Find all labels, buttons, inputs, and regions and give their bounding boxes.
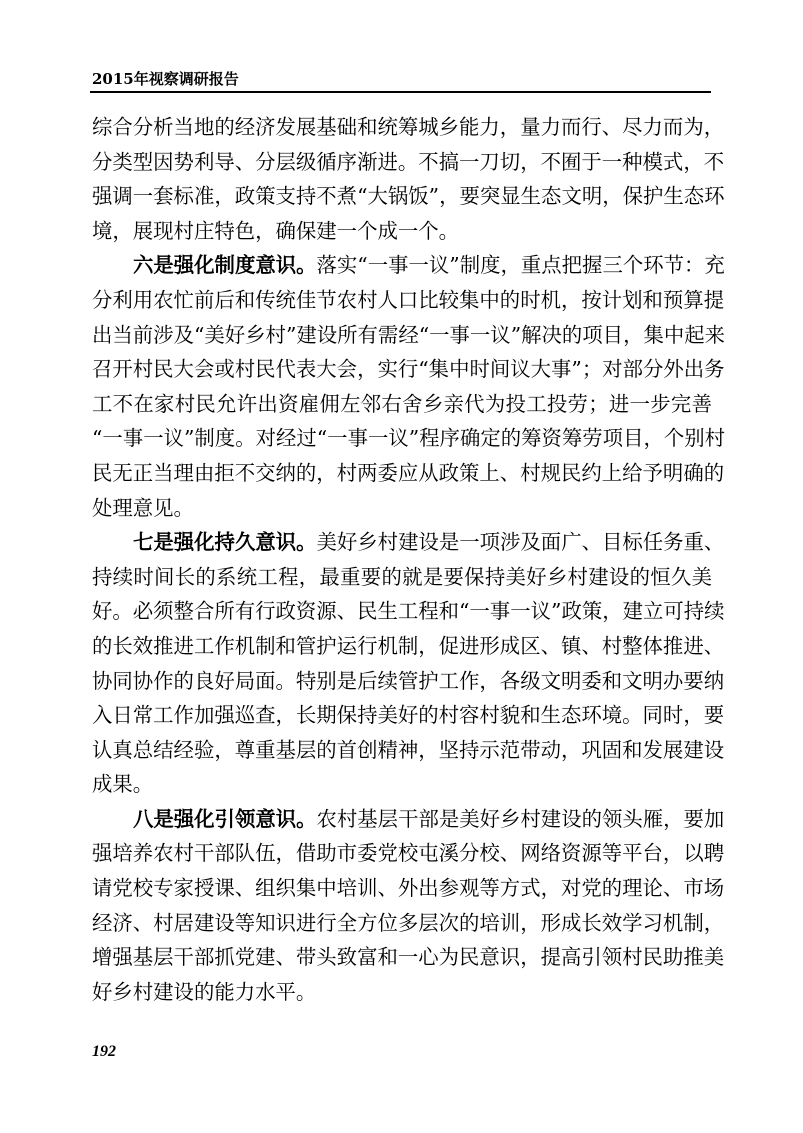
paragraph-institutional-awareness: 六是强化制度意识。落实“一事一议”制度，重点把握三个环节：充 分利用农忙前后和传… — [92, 248, 712, 525]
page-number: 192 — [92, 1043, 116, 1061]
text-line: 六是强化制度意识。落实“一事一议”制度，重点把握三个环节：充 — [92, 248, 712, 283]
paragraph-leadership-awareness: 八是强化引领意识。农村基层干部是美好乡村建设的领头雁，要加 强培养农村干部队伍，… — [92, 802, 712, 1010]
text-line: 分利用农忙前后和传统佳节农村人口比较集中的时机，按计划和预算提 — [92, 283, 712, 318]
text-line: 出当前涉及“美好乡村”建设所有需经“一事一议”解决的项目，集中起来 — [92, 318, 712, 353]
text-line: 好。必须整合所有行政资源、民生工程和“一事一议”政策，建立可持续 — [92, 594, 712, 629]
text-line: 请党校专家授课、组织集中培训、外出参观等方式，对党的理论、市场 — [92, 871, 712, 906]
text-line: 协同协作的良好局面。特别是后续管护工作，各级文明委和文明办要纳 — [92, 664, 712, 699]
text-line: 八是强化引领意识。农村基层干部是美好乡村建设的领头雁，要加 — [92, 802, 712, 837]
text-line: 境，展现村庄特色，确保建一个成一个。 — [92, 214, 712, 249]
paragraph-continuation: 综合分析当地的经济发展基础和统筹城乡能力，量力而行、尽力而为， 分类型因势利导、… — [92, 110, 712, 248]
document-page: 2015年视察调研报告 综合分析当地的经济发展基础和统筹城乡能力，量力而行、尽力… — [0, 0, 803, 1133]
text-line: 处理意见。 — [92, 491, 712, 526]
text-line: 强培养农村干部队伍，借助市委党校屯溪分校、网络资源等平台，以聘 — [92, 836, 712, 871]
paragraph-lead-heading: 六是强化制度意识。 — [133, 253, 317, 277]
text-line: 分类型因势利导、分层级循序渐进。不搞一刀切，不囿于一种模式，不 — [92, 145, 712, 180]
text-line: 持续时间长的系统工程，最重要的就是要保持美好乡村建设的恒久美 — [92, 560, 712, 595]
text-line: 经济、村居建设等知识进行全方位多层次的培训，形成长效学习机制， — [92, 906, 712, 941]
running-header: 2015年视察调研报告 — [92, 70, 239, 88]
text-line: 认真总结经验，尊重基层的首创精神，坚持示范带动，巩固和发展建设 — [92, 733, 712, 768]
body-text: 综合分析当地的经济发展基础和统筹城乡能力，量力而行、尽力而为， 分类型因势利导、… — [92, 110, 712, 1009]
text-line: 民无正当理由拒不交纳的，村两委应从政策上、村规民约上给予明确的 — [92, 456, 712, 491]
text-span: 农村基层干部是美好乡村建设的领头雁，要加 — [317, 807, 725, 831]
header-rule — [90, 91, 711, 93]
text-line: 增强基层干部抓党建、带头致富和一心为民意识，提高引领村民助推美 — [92, 940, 712, 975]
text-line: 强调一套标准，政策支持不煮“大锅饭”，要突显生态文明，保护生态环 — [92, 179, 712, 214]
text-span: 落实“一事一议”制度，重点把握三个环节：充 — [317, 253, 725, 277]
text-line: “一事一议”制度。对经过“一事一议”程序确定的筹资筹劳项目，个别村 — [92, 421, 712, 456]
text-line: 的长效推进工作机制和管护运行机制，促进形成区、镇、村整体推进、 — [92, 629, 712, 664]
text-line: 成果。 — [92, 767, 712, 802]
text-line: 召开村民大会或村民代表大会，实行“集中时间议大事”；对部分外出务 — [92, 352, 712, 387]
text-line: 综合分析当地的经济发展基础和统筹城乡能力，量力而行、尽力而为， — [92, 110, 712, 145]
paragraph-lead-heading: 八是强化引领意识。 — [133, 807, 317, 831]
paragraph-lead-heading: 七是强化持久意识。 — [133, 530, 317, 554]
text-line: 工不在家村民允许出资雇佣左邻右舍乡亲代为投工投劳；进一步完善 — [92, 387, 712, 422]
text-line: 好乡村建设的能力水平。 — [92, 975, 712, 1010]
text-line: 七是强化持久意识。美好乡村建设是一项涉及面广、目标任务重、 — [92, 525, 712, 560]
paragraph-lasting-awareness: 七是强化持久意识。美好乡村建设是一项涉及面广、目标任务重、 持续时间长的系统工程… — [92, 525, 712, 802]
text-span: 美好乡村建设是一项涉及面广、目标任务重、 — [317, 530, 725, 554]
text-line: 入日常工作加强巡查，长期保持美好的村容村貌和生态环境。同时，要 — [92, 698, 712, 733]
